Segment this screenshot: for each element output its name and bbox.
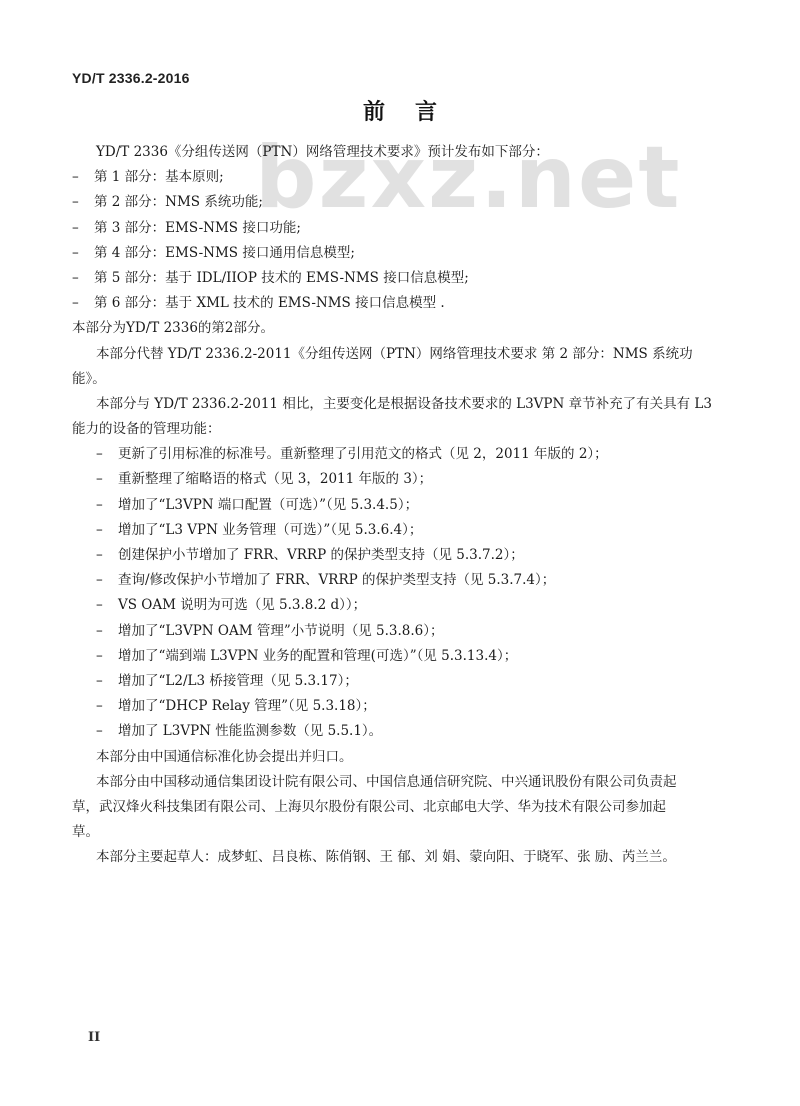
document-page: YD/T 2336.2-2016 前言 bzxz.net YD/T 2336《分… [0, 0, 800, 1106]
drafting-orgs-paragraph: 本部分由中国移动通信集团设计院有限公司、中国信息通信研究院、中兴通讯股份有限公司… [96, 770, 768, 846]
list-item: –第 1 部分：基本原则; [72, 165, 768, 190]
changes-list: –更新了引用标准的标准号。重新整理了引用范文的格式（见 2，2011 年版的 2… [96, 442, 768, 744]
list-item: –增加了“端到端 L3VPN 业务的配置和管理(可选）”（见 5.3.13.4）… [96, 644, 768, 669]
list-item: –第 2 部分：NMS 系统功能; [72, 190, 768, 215]
list-item: –更新了引用标准的标准号。重新整理了引用范文的格式（见 2，2011 年版的 2… [96, 442, 768, 467]
changes-intro-paragraph: 本部分与 YD/T 2336.2-2011 相比，主要变化是根据设备技术要求的 … [96, 392, 768, 442]
intro-paragraph: YD/T 2336《分组传送网（PTN）网络管理技术要求》预计发布如下部分： [72, 140, 768, 165]
list-item: –第 5 部分：基于 IDL/IIOP 技术的 EMS-NMS 接口信息模型; [72, 266, 768, 291]
list-item: –第 6 部分：基于 XML 技术的 EMS-NMS 接口信息模型 . [72, 291, 768, 316]
parts-list: –第 1 部分：基本原则; –第 2 部分：NMS 系统功能; –第 3 部分：… [72, 165, 768, 316]
list-item: –增加了“L3VPN 端口配置（可选）”（见 5.3.4.5）； [96, 493, 768, 518]
page-number: II [88, 1030, 100, 1045]
list-item: –创建保护小节增加了 FRR、VRRP 的保护类型支持（见 5.3.7.2）； [96, 543, 768, 568]
replaces-paragraph: 本部分代替 YD/T 2336.2-2011《分组传送网（PTN）网络管理技术要… [96, 342, 768, 392]
list-item: –增加了“L3VPN OAM 管理”小节说明（见 5.3.8.6）； [96, 619, 768, 644]
list-item: –增加了“L3 VPN 业务管理（可选）”（见 5.3.6.4）； [96, 518, 768, 543]
list-item: –增加了“L2/L3 桥接管理（见 5.3.17）； [96, 669, 768, 694]
list-item: –第 3 部分：EMS-NMS 接口功能; [72, 216, 768, 241]
list-item: –增加了“DHCP Relay 管理”（见 5.3.18）； [96, 694, 768, 719]
proposed-by-paragraph: 本部分由中国通信标准化协会提出并归口。 [96, 745, 768, 770]
document-body: YD/T 2336《分组传送网（PTN）网络管理技术要求》预计发布如下部分： –… [96, 140, 768, 870]
this-part-paragraph: 本部分为YD/T 2336的第2部分。 [72, 316, 768, 341]
list-item: –重新整理了缩略语的格式（见 3，2011 年版的 3）； [96, 467, 768, 492]
page-title: 前言 [0, 95, 800, 126]
drafters-paragraph: 本部分主要起草人：成梦虹、吕良栋、陈俏钢、王 郁、刘 娟、蒙向阳、于晓军、张 励… [96, 845, 768, 870]
list-item: –增加了 L3VPN 性能监测参数（见 5.5.1）。 [96, 719, 768, 744]
list-item: –VS OAM 说明为可选（见 5.3.8.2 d））； [96, 593, 768, 618]
standard-code: YD/T 2336.2-2016 [72, 70, 190, 86]
list-item: –查询/修改保护小节增加了 FRR、VRRP 的保护类型支持（见 5.3.7.4… [96, 568, 768, 593]
list-item: –第 4 部分：EMS-NMS 接口通用信息模型; [72, 241, 768, 266]
